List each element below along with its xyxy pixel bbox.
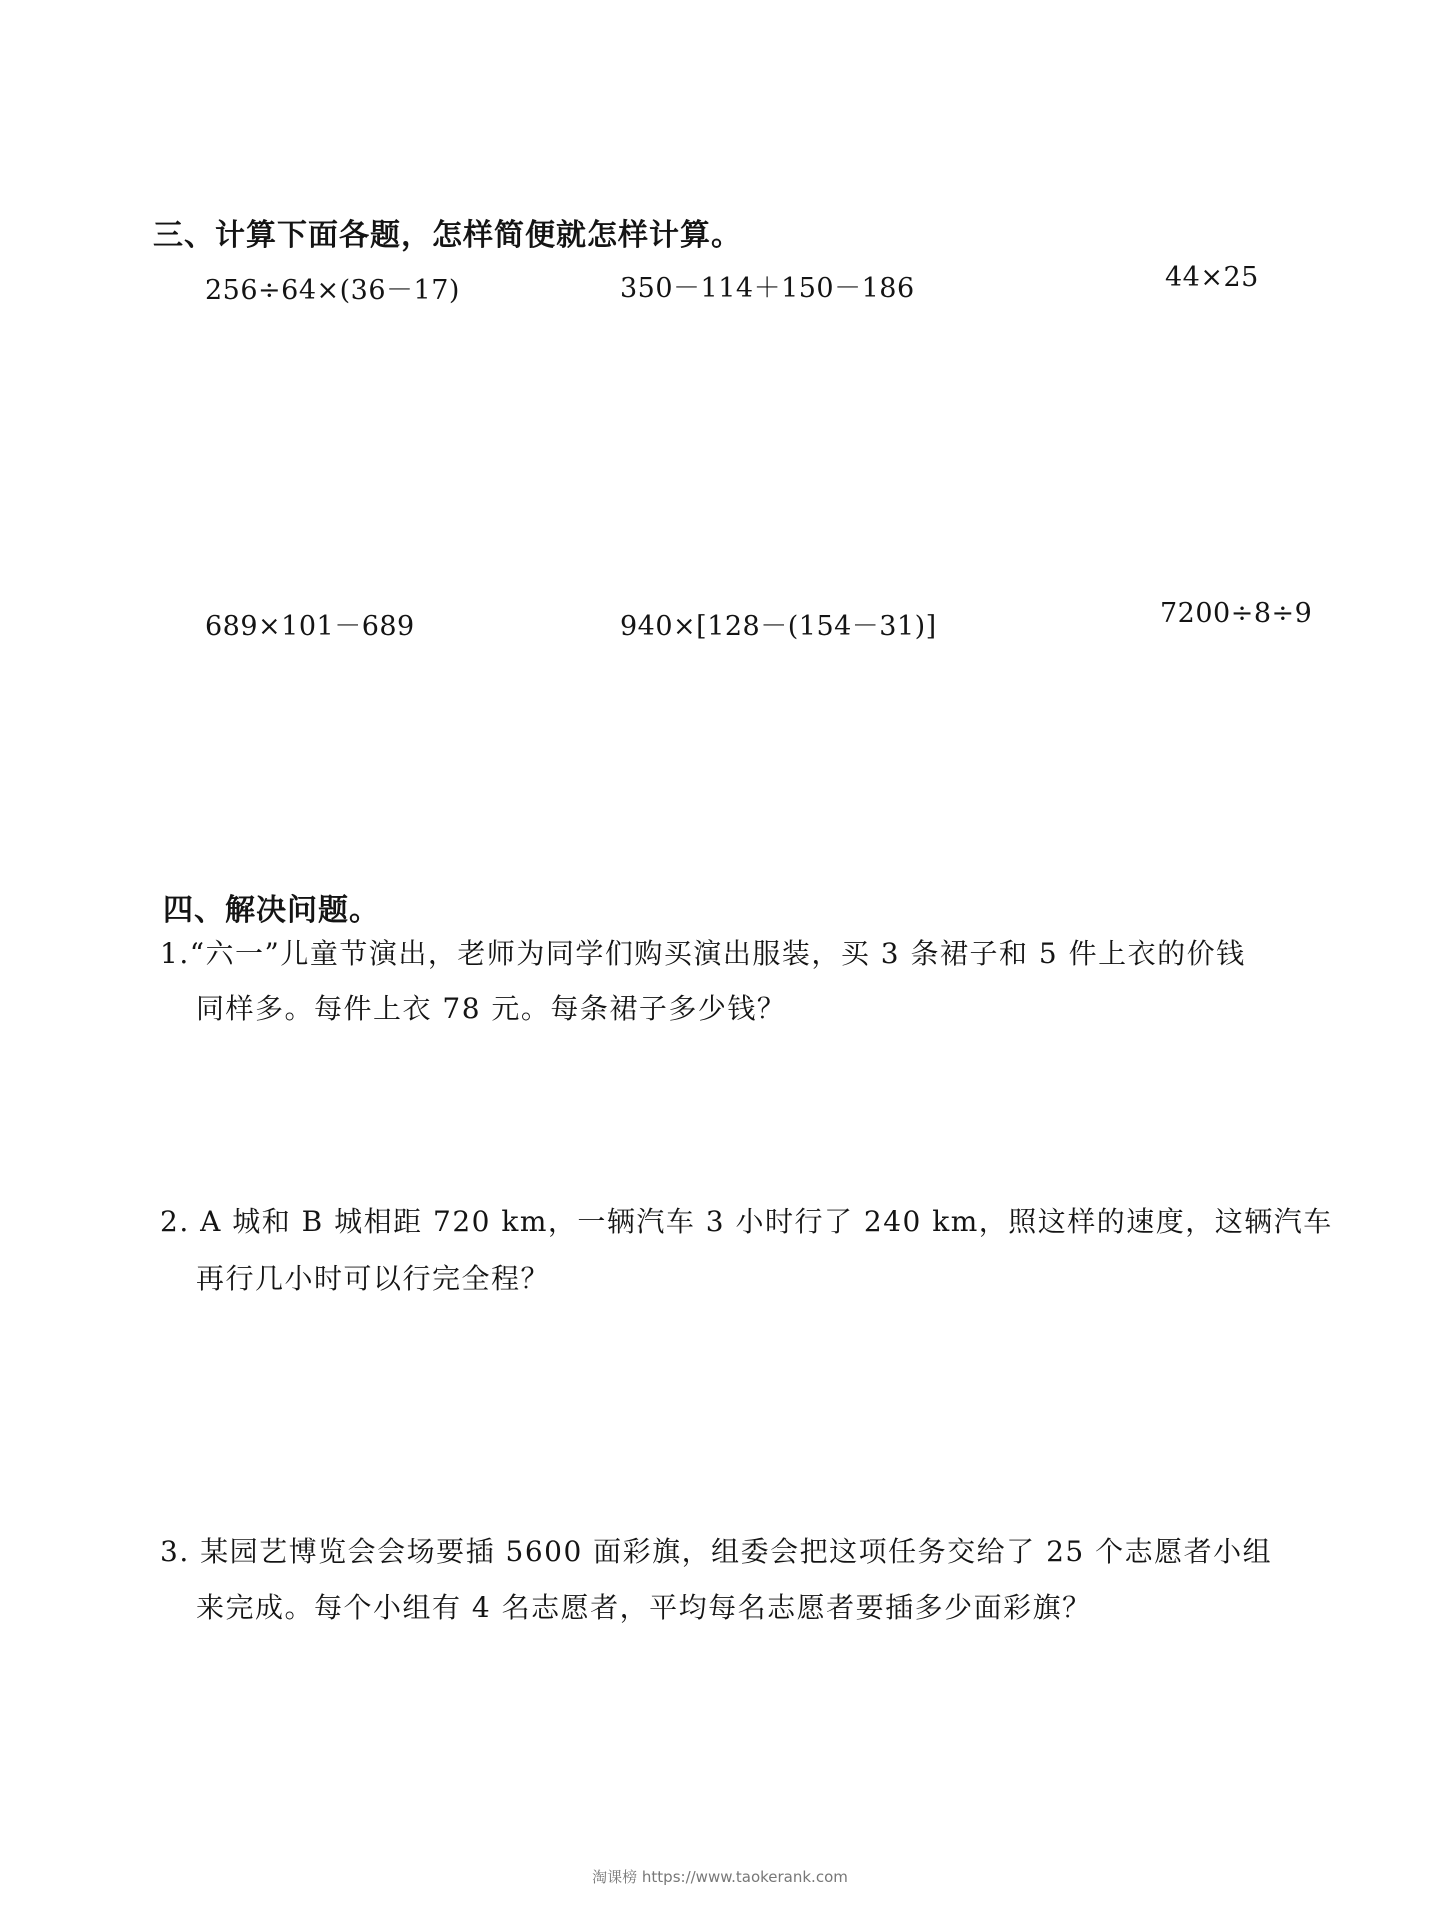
problem-3-line-1: 3. 某园艺博览会会场要插 5600 面彩旗，组委会把这项任务交给了 25 个志… (160, 1538, 1272, 1566)
footer-watermark: 淘课榜 https://www.taokerank.com (0, 1866, 1440, 1887)
expression-6: 7200÷8÷9 (1160, 598, 1312, 629)
section-3-heading: 三、计算下面各题，怎样简便就怎样计算。 (153, 210, 742, 254)
problem-1-line-1: 1.“六一”儿童节演出，老师为同学们购买演出服装，买 3 条裙子和 5 件上衣的… (160, 940, 1246, 968)
problem-2-line-2: 再行几小时可以行完全程？ (196, 1265, 550, 1293)
problem-1-line-2: 同样多。每件上衣 78 元。每条裙子多少钱？ (196, 995, 786, 1023)
problem-3-line-2: 来完成。每个小组有 4 名志愿者，平均每名志愿者要插多少面彩旗？ (196, 1594, 1092, 1622)
section-4-heading: 四、解决问题。 (163, 885, 380, 929)
problem-2-line-1: 2. A 城和 B 城相距 720 km，一辆汽车 3 小时行了 240 km，… (160, 1208, 1333, 1236)
expression-4: 689×101－689 (205, 604, 415, 643)
expression-1: 256÷64×(36－17) (205, 268, 460, 307)
expression-5: 940×[128－(154－31)] (620, 604, 937, 643)
expression-2: 350－114＋150－186 (620, 266, 915, 305)
expression-3: 44×25 (1165, 262, 1259, 293)
